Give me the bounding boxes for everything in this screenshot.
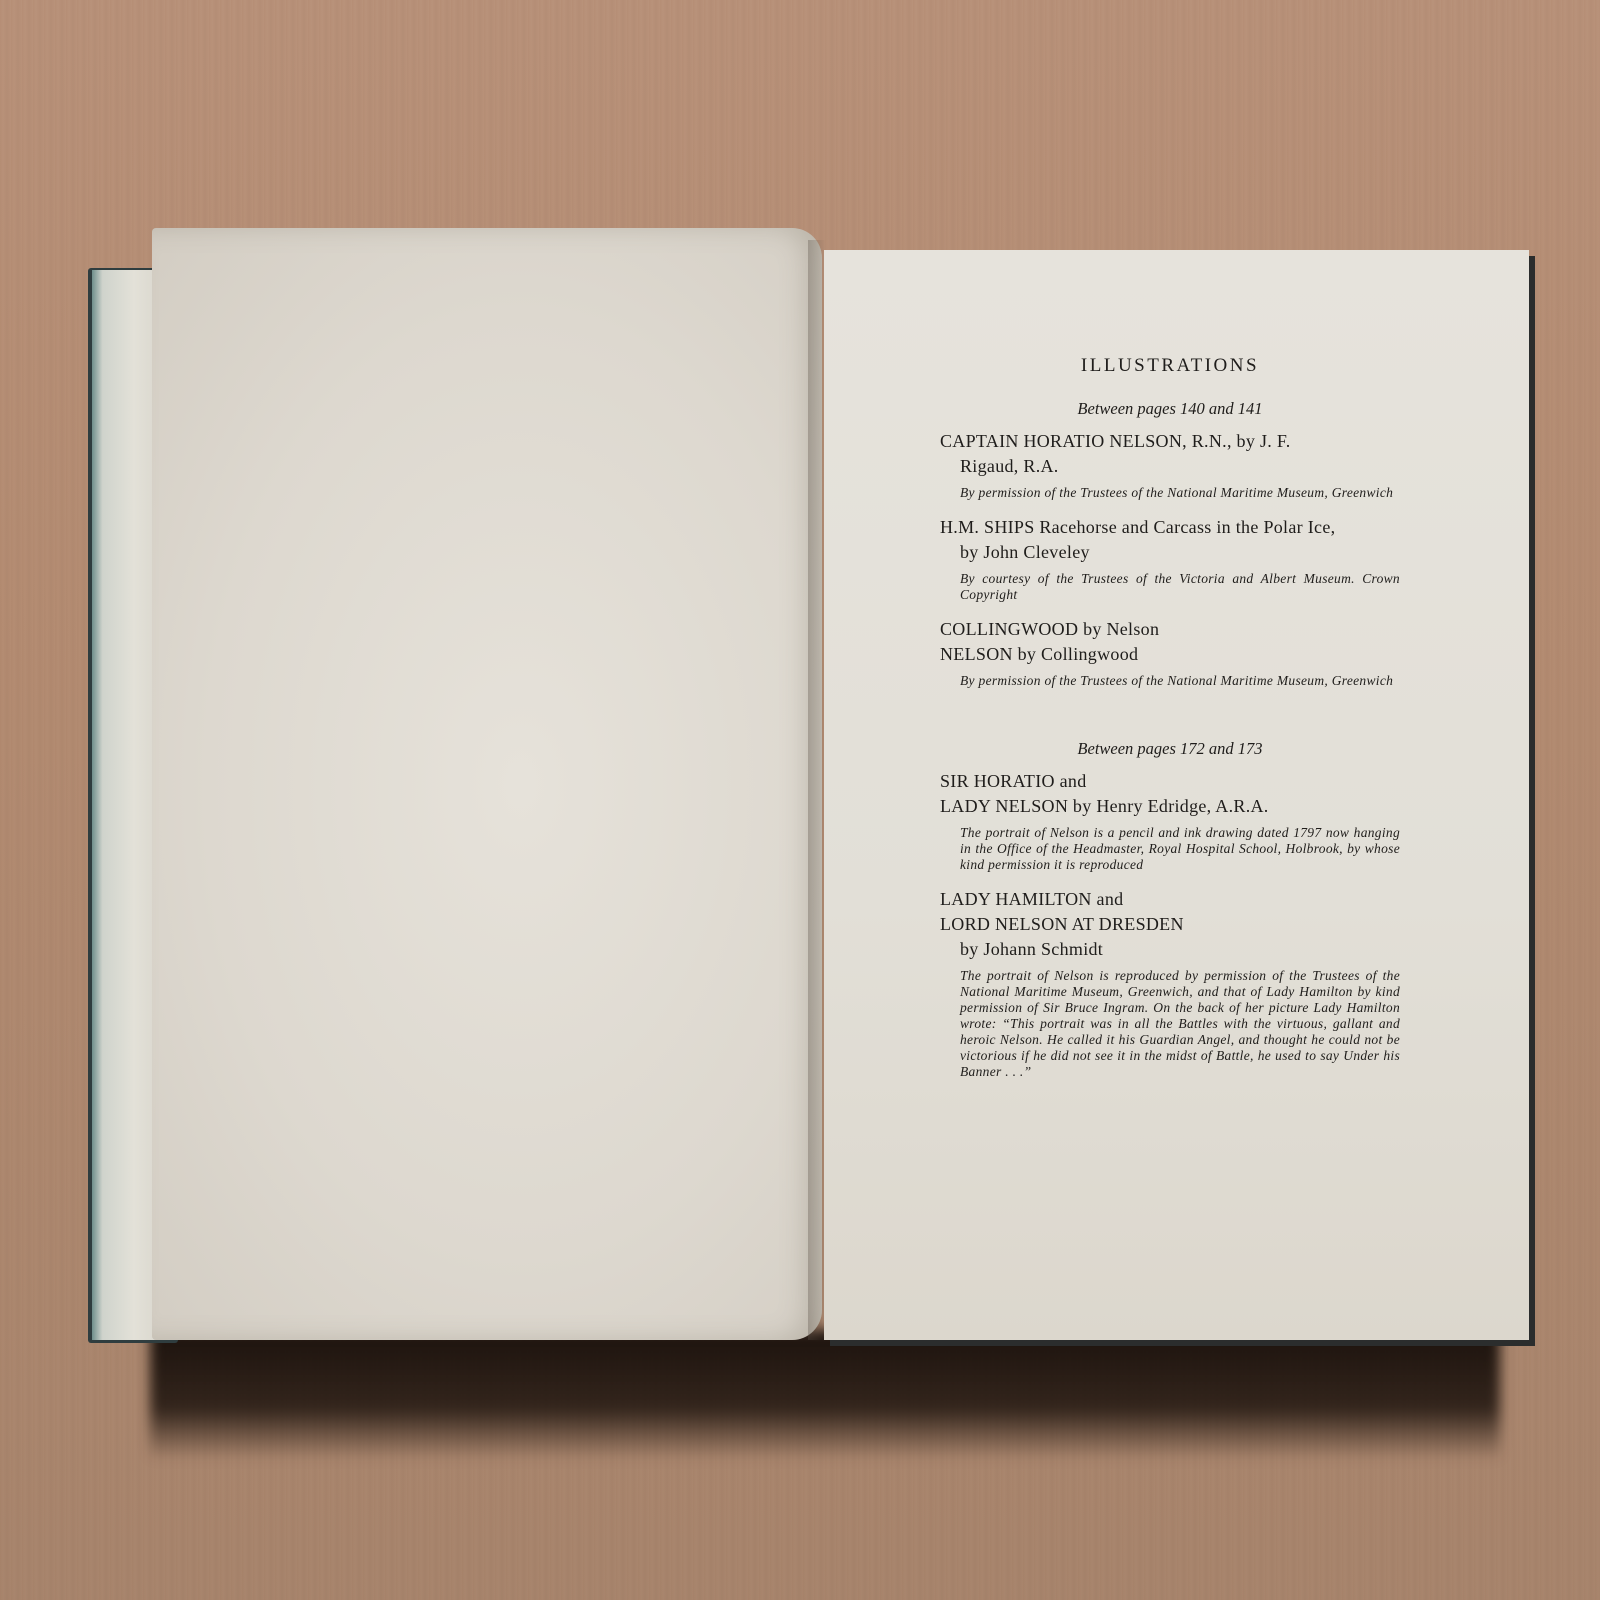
entry-title: SIR HORATIO and: [940, 769, 1400, 794]
entry-title: CAPTAIN HORATIO NELSON, R.N., by J. F.: [940, 429, 1400, 454]
illustration-entry: LADY HAMILTON and LORD NELSON AT DRESDEN…: [940, 887, 1400, 1080]
entry-caption: By courtesy of the Trustees of the Victo…: [940, 571, 1400, 603]
illustration-entry: H.M. SHIPS Racehorse and Carcass in the …: [940, 515, 1400, 603]
illustration-entry: COLLINGWOOD by Nelson NELSON by Collingw…: [940, 617, 1400, 689]
page-heading: ILLUSTRATIONS: [940, 355, 1400, 377]
entry-title: Rigaud, R.A.: [940, 454, 1400, 479]
entry-caption: The portrait of Nelson is a pencil and i…: [940, 825, 1400, 873]
entry-title: LADY HAMILTON and: [940, 887, 1400, 912]
entry-title: LORD NELSON AT DRESDEN: [940, 912, 1400, 937]
entry-title: NELSON by Collingwood: [940, 642, 1400, 667]
section-label: Between pages 172 and 173: [940, 739, 1400, 759]
section-spacer: [940, 703, 1400, 739]
entry-title: LADY NELSON by Henry Edridge, A.R.A.: [940, 794, 1400, 819]
book-shadow: [150, 1330, 1500, 1460]
entry-caption: The portrait of Nelson is reproduced by …: [940, 968, 1400, 1080]
illustration-entry: SIR HORATIO and LADY NELSON by Henry Edr…: [940, 769, 1400, 873]
entry-title: COLLINGWOOD by Nelson: [940, 617, 1400, 642]
illustrations-list: ILLUSTRATIONS Between pages 140 and 141 …: [940, 355, 1400, 1094]
entry-caption: By permission of the Trustees of the Nat…: [940, 673, 1400, 689]
section-label: Between pages 140 and 141: [940, 399, 1400, 419]
illustration-entry: CAPTAIN HORATIO NELSON, R.N., by J. F. R…: [940, 429, 1400, 501]
entry-title: by Johann Schmidt: [940, 937, 1400, 962]
entry-caption: By permission of the Trustees of the Nat…: [940, 485, 1400, 501]
entry-title: H.M. SHIPS Racehorse and Carcass in the …: [940, 515, 1400, 540]
left-blank-page: [152, 228, 822, 1340]
entry-title: by John Cleveley: [940, 540, 1400, 565]
